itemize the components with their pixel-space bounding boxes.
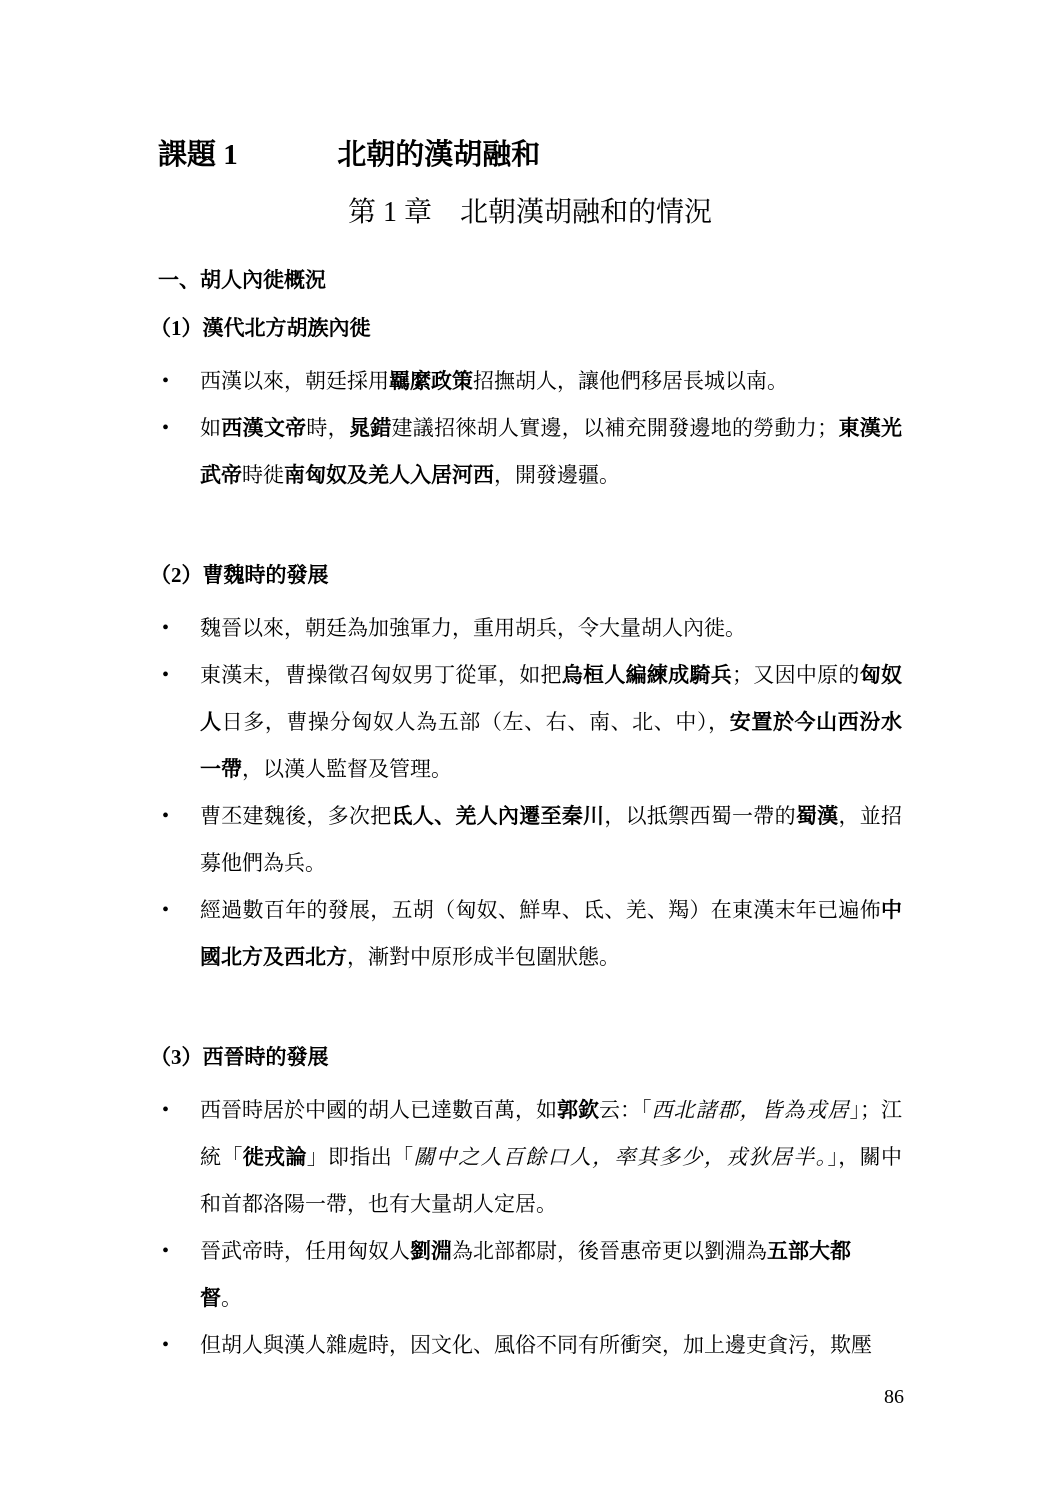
bullet-text: 如西漢文帝時，晁錯建議招徠胡人實邊，以補充開發邊地的勞動力；東漢光武帝時徙南匈奴… [200, 416, 902, 487]
bullet-item: •晉武帝時，任用匈奴人劉淵為北部都尉，後晉惠帝更以劉淵為五部大都督。 [158, 1228, 902, 1322]
text-run: 五部大都 [767, 1239, 851, 1263]
bullet-icon: • [162, 1322, 169, 1369]
bullet-icon: • [162, 793, 169, 840]
text-run: 建議招徠胡人實邊，以補充開發邊地的勞動力； [392, 416, 839, 440]
text-run: ，開發邊疆。 [494, 463, 620, 487]
text-run: 氐人、羌人內遷至秦川 [392, 804, 605, 828]
text-run: 日多，曹操分匈奴人為五部（左、右、南、北、中）， [222, 710, 730, 734]
text-run: 蜀漢 [796, 804, 839, 828]
bullet-icon: • [162, 887, 169, 934]
bullet-text: 東漢末，曹操徵召匈奴男丁從軍，如把烏桓人編練成騎兵；又因中原的匈奴人日多，曹操分… [200, 663, 902, 781]
bullet-text: 西晉時居於中國的胡人已達數百萬，如郭欽云：「西北諸郡，皆為戎居」；江統「徙戎論」… [200, 1098, 902, 1216]
bullet-icon: • [162, 652, 169, 699]
subsection-heading: （1）漢代北方胡族內徙 [158, 312, 902, 344]
doc-title: 課題 1 北朝的漢胡融和 [158, 132, 902, 178]
text-run: ；又因中原的 [732, 663, 860, 687]
text-run: ，以漢人監督及管理。 [242, 757, 452, 781]
bullet-icon: • [162, 605, 169, 652]
bullet-list: •西漢以來，朝廷採用羈縻政策招撫胡人，讓他們移居長城以南。•如西漢文帝時，晁錯建… [158, 358, 902, 499]
doc-title-text: 北朝的漢胡融和 [337, 139, 540, 171]
text-run: 但胡人與漢人雜處時，因文化、風俗不同有所衝突，加上邊吏貪污，欺壓 [200, 1333, 872, 1357]
text-run: 時徙 [242, 463, 284, 487]
bullet-icon: • [162, 358, 169, 405]
text-run: 羈縻政策 [389, 369, 473, 393]
bullet-text: 經過數百年的發展，五胡（匈奴、鮮卑、氐、羌、羯）在東漢末年已遍佈中國北方及西北方… [200, 898, 902, 969]
text-run: 曹丕建魏後，多次把 [200, 804, 392, 828]
text-run: 西北諸郡，皆為戎居 [652, 1098, 850, 1122]
subsections-container: （1）漢代北方胡族內徙•西漢以來，朝廷採用羈縻政策招撫胡人，讓他們移居長城以南。… [158, 312, 902, 1369]
text-run: ，漸對中原形成半包圍狀態。 [347, 945, 620, 969]
bullet-icon: • [162, 405, 169, 452]
text-run: 魏晉以來，朝廷為加強軍力，重用胡兵，令大量胡人內徙。 [200, 616, 746, 640]
text-run: 西晉時居於中國的胡人已達數百萬，如 [200, 1098, 557, 1122]
text-run: 西漢文帝 [221, 416, 306, 440]
text-run: 招撫胡人，讓他們移居長城以南。 [473, 369, 788, 393]
bullet-icon: • [162, 1087, 169, 1134]
text-run: 時， [306, 416, 349, 440]
text-run: 如 [200, 416, 221, 440]
text-run: 督 [200, 1286, 221, 1310]
document-page: 課題 1 北朝的漢胡融和 第 1 章 北朝漢胡融和的情況 一、胡人內徙概況 （1… [0, 0, 1052, 1494]
text-run: 西漢以來，朝廷採用 [200, 369, 389, 393]
bullet-item: •經過數百年的發展，五胡（匈奴、鮮卑、氐、羌、羯）在東漢末年已遍佈中國北方及西北… [158, 887, 902, 981]
text-run: 烏桓人編練成騎兵 [562, 663, 732, 687]
text-run: 晉武帝時，任用匈奴人 [200, 1239, 410, 1263]
bullet-list: •魏晉以來，朝廷為加強軍力，重用胡兵，令大量胡人內徙。•東漢末，曹操徵召匈奴男丁… [158, 605, 902, 981]
text-run: 云：「 [599, 1098, 652, 1122]
subsection-heading: （2）曹魏時的發展 [158, 559, 902, 591]
subsection-heading: （3）西晉時的發展 [158, 1041, 902, 1073]
bullet-text: 晉武帝時，任用匈奴人劉淵為北部都尉，後晉惠帝更以劉淵為五部大都督。 [200, 1239, 851, 1310]
text-run: 徙戎論 [243, 1145, 307, 1169]
page-number: 86 [884, 1383, 904, 1411]
text-run: 南匈奴及羌人入居河西 [284, 463, 494, 487]
chapter-heading: 第 1 章 北朝漢胡融和的情況 [158, 190, 902, 236]
bullet-icon: • [162, 1228, 169, 1275]
text-run: 。 [221, 1286, 242, 1310]
bullet-item: •西漢以來，朝廷採用羈縻政策招撫胡人，讓他們移居長城以南。 [158, 358, 902, 405]
bullet-item: •東漢末，曹操徵召匈奴男丁從軍，如把烏桓人編練成騎兵；又因中原的匈奴人日多，曹操… [158, 652, 902, 793]
text-run: ，以抵禦西蜀一帶的 [604, 804, 796, 828]
text-run: 晁錯 [349, 416, 392, 440]
bullet-text: 但胡人與漢人雜處時，因文化、風俗不同有所衝突，加上邊吏貪污，欺壓 [200, 1333, 872, 1357]
doc-title-label: 課題 1 [158, 132, 330, 178]
bullet-item: •魏晉以來，朝廷為加強軍力，重用胡兵，令大量胡人內徙。 [158, 605, 902, 652]
text-run: 郭欽 [557, 1098, 599, 1122]
text-run: 為北部都尉，後晉惠帝更以劉淵為 [452, 1239, 767, 1263]
bullet-list: •西晉時居於中國的胡人已達數百萬，如郭欽云：「西北諸郡，皆為戎居」；江統「徙戎論… [158, 1087, 902, 1369]
bullet-item: •但胡人與漢人雜處時，因文化、風俗不同有所衝突，加上邊吏貪污，欺壓 [158, 1322, 902, 1369]
text-run: 東漢末，曹操徵召匈奴男丁從軍，如把 [200, 663, 562, 687]
section-heading: 一、胡人內徙概況 [158, 264, 902, 296]
text-run: 」即指出「 [307, 1145, 414, 1169]
bullet-text: 曹丕建魏後，多次把氐人、羌人內遷至秦川，以抵禦西蜀一帶的蜀漢，並招募他們為兵。 [200, 804, 902, 875]
text-run: 劉淵 [410, 1239, 452, 1263]
bullet-item: •西晉時居於中國的胡人已達數百萬，如郭欽云：「西北諸郡，皆為戎居」；江統「徙戎論… [158, 1087, 902, 1228]
bullet-item: •曹丕建魏後，多次把氐人、羌人內遷至秦川，以抵禦西蜀一帶的蜀漢，並招募他們為兵。 [158, 793, 902, 887]
text-run: 經過數百年的發展，五胡（匈奴、鮮卑、氐、羌、羯）在東漢末年已遍佈 [200, 898, 881, 922]
bullet-item: •如西漢文帝時，晁錯建議招徠胡人實邊，以補充開發邊地的勞動力；東漢光武帝時徙南匈… [158, 405, 902, 499]
text-run: 關中之人百餘口人，率其多少，戎狄居半。 [413, 1145, 827, 1169]
bullet-text: 魏晉以來，朝廷為加強軍力，重用胡兵，令大量胡人內徙。 [200, 616, 746, 640]
bullet-text: 西漢以來，朝廷採用羈縻政策招撫胡人，讓他們移居長城以南。 [200, 369, 788, 393]
